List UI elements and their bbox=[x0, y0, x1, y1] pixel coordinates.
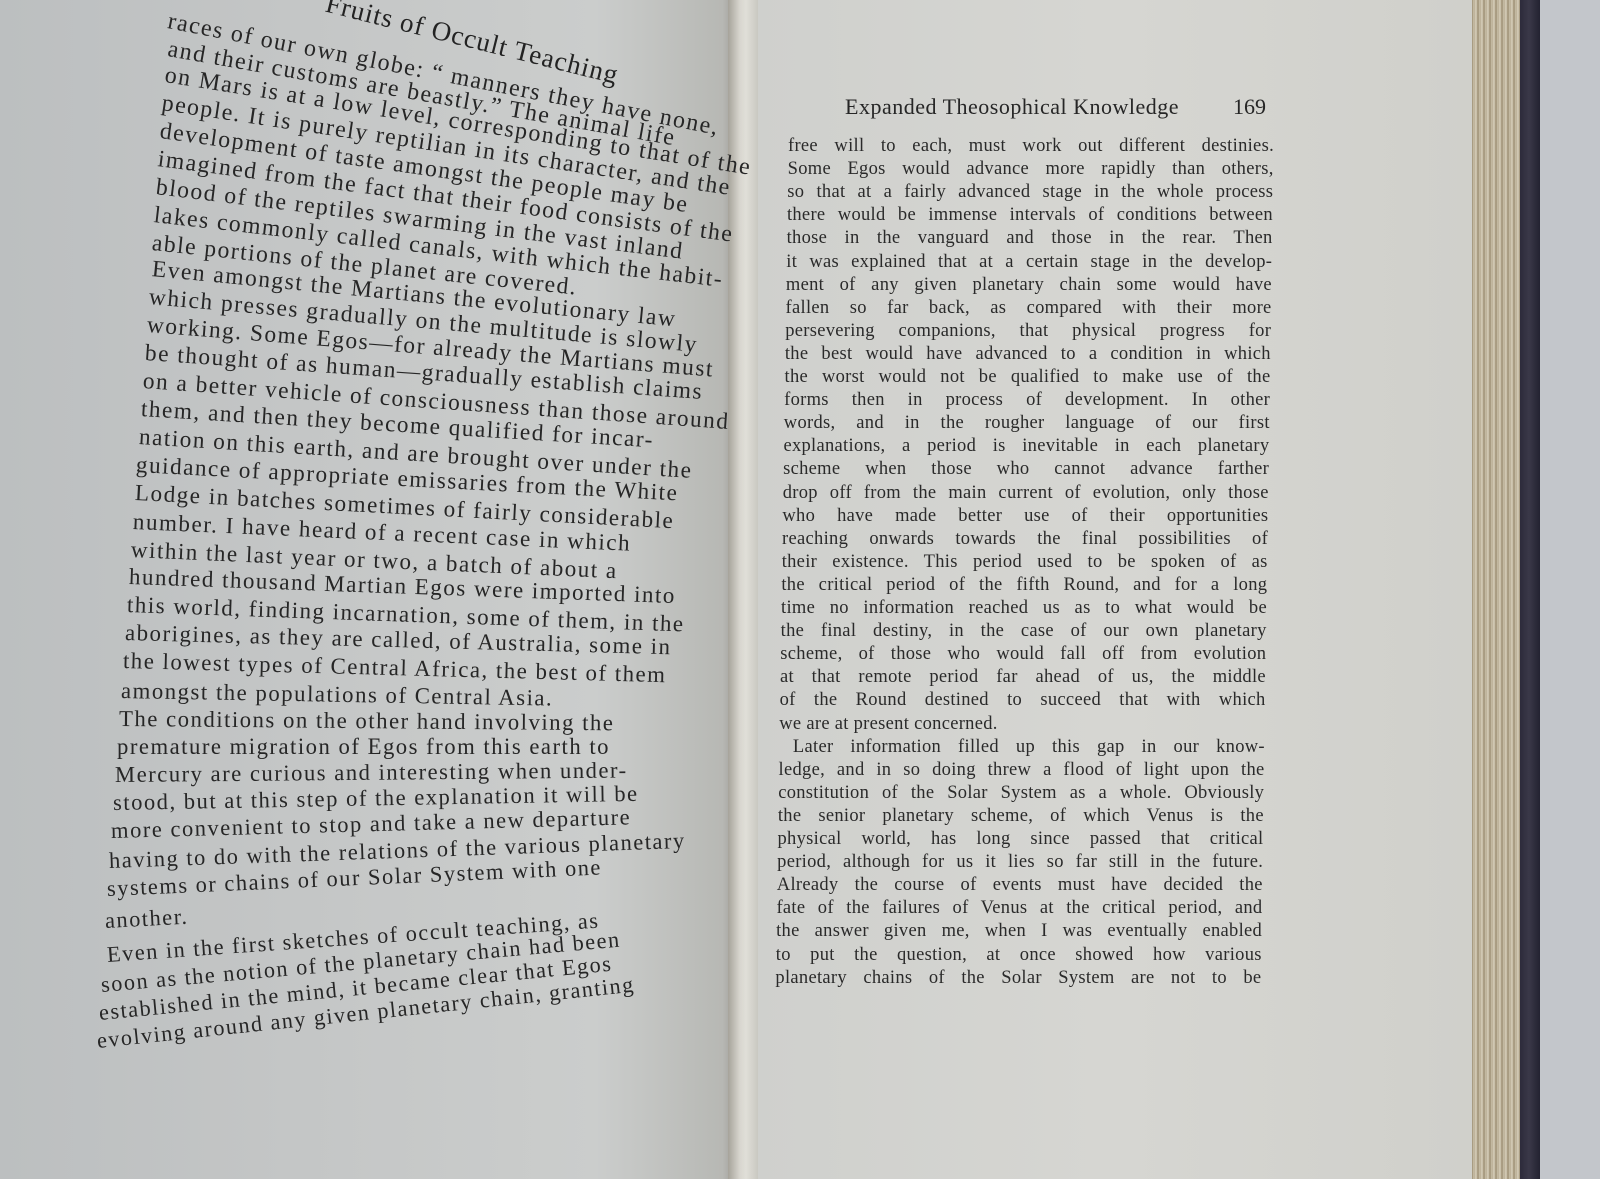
text-line: the worst would not be qualified to make… bbox=[785, 367, 1271, 388]
text-line: it was explained that at a certain stage… bbox=[786, 252, 1272, 273]
text-line: constitution of the Solar System as a wh… bbox=[778, 783, 1264, 804]
page-fore-edge bbox=[1468, 0, 1520, 1179]
text-line: ledge, and in so doing threw a flood of … bbox=[779, 760, 1265, 781]
text-line: words, and in the rougher language of ou… bbox=[784, 413, 1270, 434]
text-line: the critical period of the fifth Round, … bbox=[781, 575, 1267, 596]
page-number: 169 bbox=[1233, 94, 1266, 120]
text-line: Already the course of events must have d… bbox=[777, 875, 1263, 896]
text-line: reaching onwards towards the final possi… bbox=[782, 529, 1268, 550]
text-line: The conditions on the other hand involvi… bbox=[119, 706, 615, 736]
text-line: drop off from the main current of evolut… bbox=[783, 483, 1269, 504]
text-line: the answer given me, when I was eventual… bbox=[776, 921, 1262, 942]
text-line: explanations, a period is inevitable in … bbox=[783, 436, 1269, 457]
text-line: another. bbox=[104, 904, 189, 934]
text-line: so that at a fairly advanced stage in th… bbox=[787, 182, 1273, 203]
text-line: premature migration of Egos from this ea… bbox=[117, 734, 610, 760]
text-line: free will to each, must work out differe… bbox=[788, 136, 1274, 157]
text-line: Some Egos would advance more rapidly tha… bbox=[788, 159, 1274, 180]
book-cover-edge bbox=[1518, 0, 1540, 1179]
text-line: period, although for us it lies so far s… bbox=[777, 852, 1263, 873]
text-line: time no information reached us as to wha… bbox=[781, 598, 1267, 619]
text-line: there would be immense intervals of cond… bbox=[787, 205, 1273, 226]
text-line: fate of the failures of Venus at the cri… bbox=[776, 898, 1262, 919]
right-running-head: Expanded Theosophical Knowledge bbox=[845, 94, 1179, 120]
text-line: Later information filled up this gap in … bbox=[779, 737, 1265, 758]
text-line: scheme when those who cannot advance far… bbox=[783, 459, 1269, 480]
text-line: those in the vanguard and those in the r… bbox=[787, 228, 1273, 249]
text-line: of the Round destined to succeed that wi… bbox=[780, 690, 1266, 711]
text-line: ment of any given planetary chain some w… bbox=[786, 275, 1272, 296]
text-line: the senior planetary scheme, of which Ve… bbox=[778, 806, 1264, 827]
text-line: at that remote period far ahead of us, t… bbox=[780, 667, 1266, 688]
text-line: the final destiny, in the case of our ow… bbox=[781, 621, 1267, 642]
text-line: to put the question, at once showed how … bbox=[776, 945, 1262, 966]
text-line: who have made better use of their opport… bbox=[782, 506, 1268, 527]
text-line: persevering companions, that physical pr… bbox=[785, 321, 1271, 342]
text-line: fallen so far back, as compared with the… bbox=[786, 298, 1272, 319]
text-line: the best would have advanced to a condit… bbox=[785, 344, 1271, 365]
text-line: physical world, has long since passed th… bbox=[778, 829, 1264, 850]
text-line: scheme, of those who would fall off from… bbox=[780, 644, 1266, 665]
text-line: we are at present concerned. bbox=[779, 714, 1265, 735]
text-line: forms then in process of development. In… bbox=[784, 390, 1270, 411]
text-line: planetary chains of the Solar System are… bbox=[775, 968, 1261, 989]
text-line: their existence. This period used to be … bbox=[782, 552, 1268, 573]
table-surface bbox=[1540, 0, 1600, 1179]
